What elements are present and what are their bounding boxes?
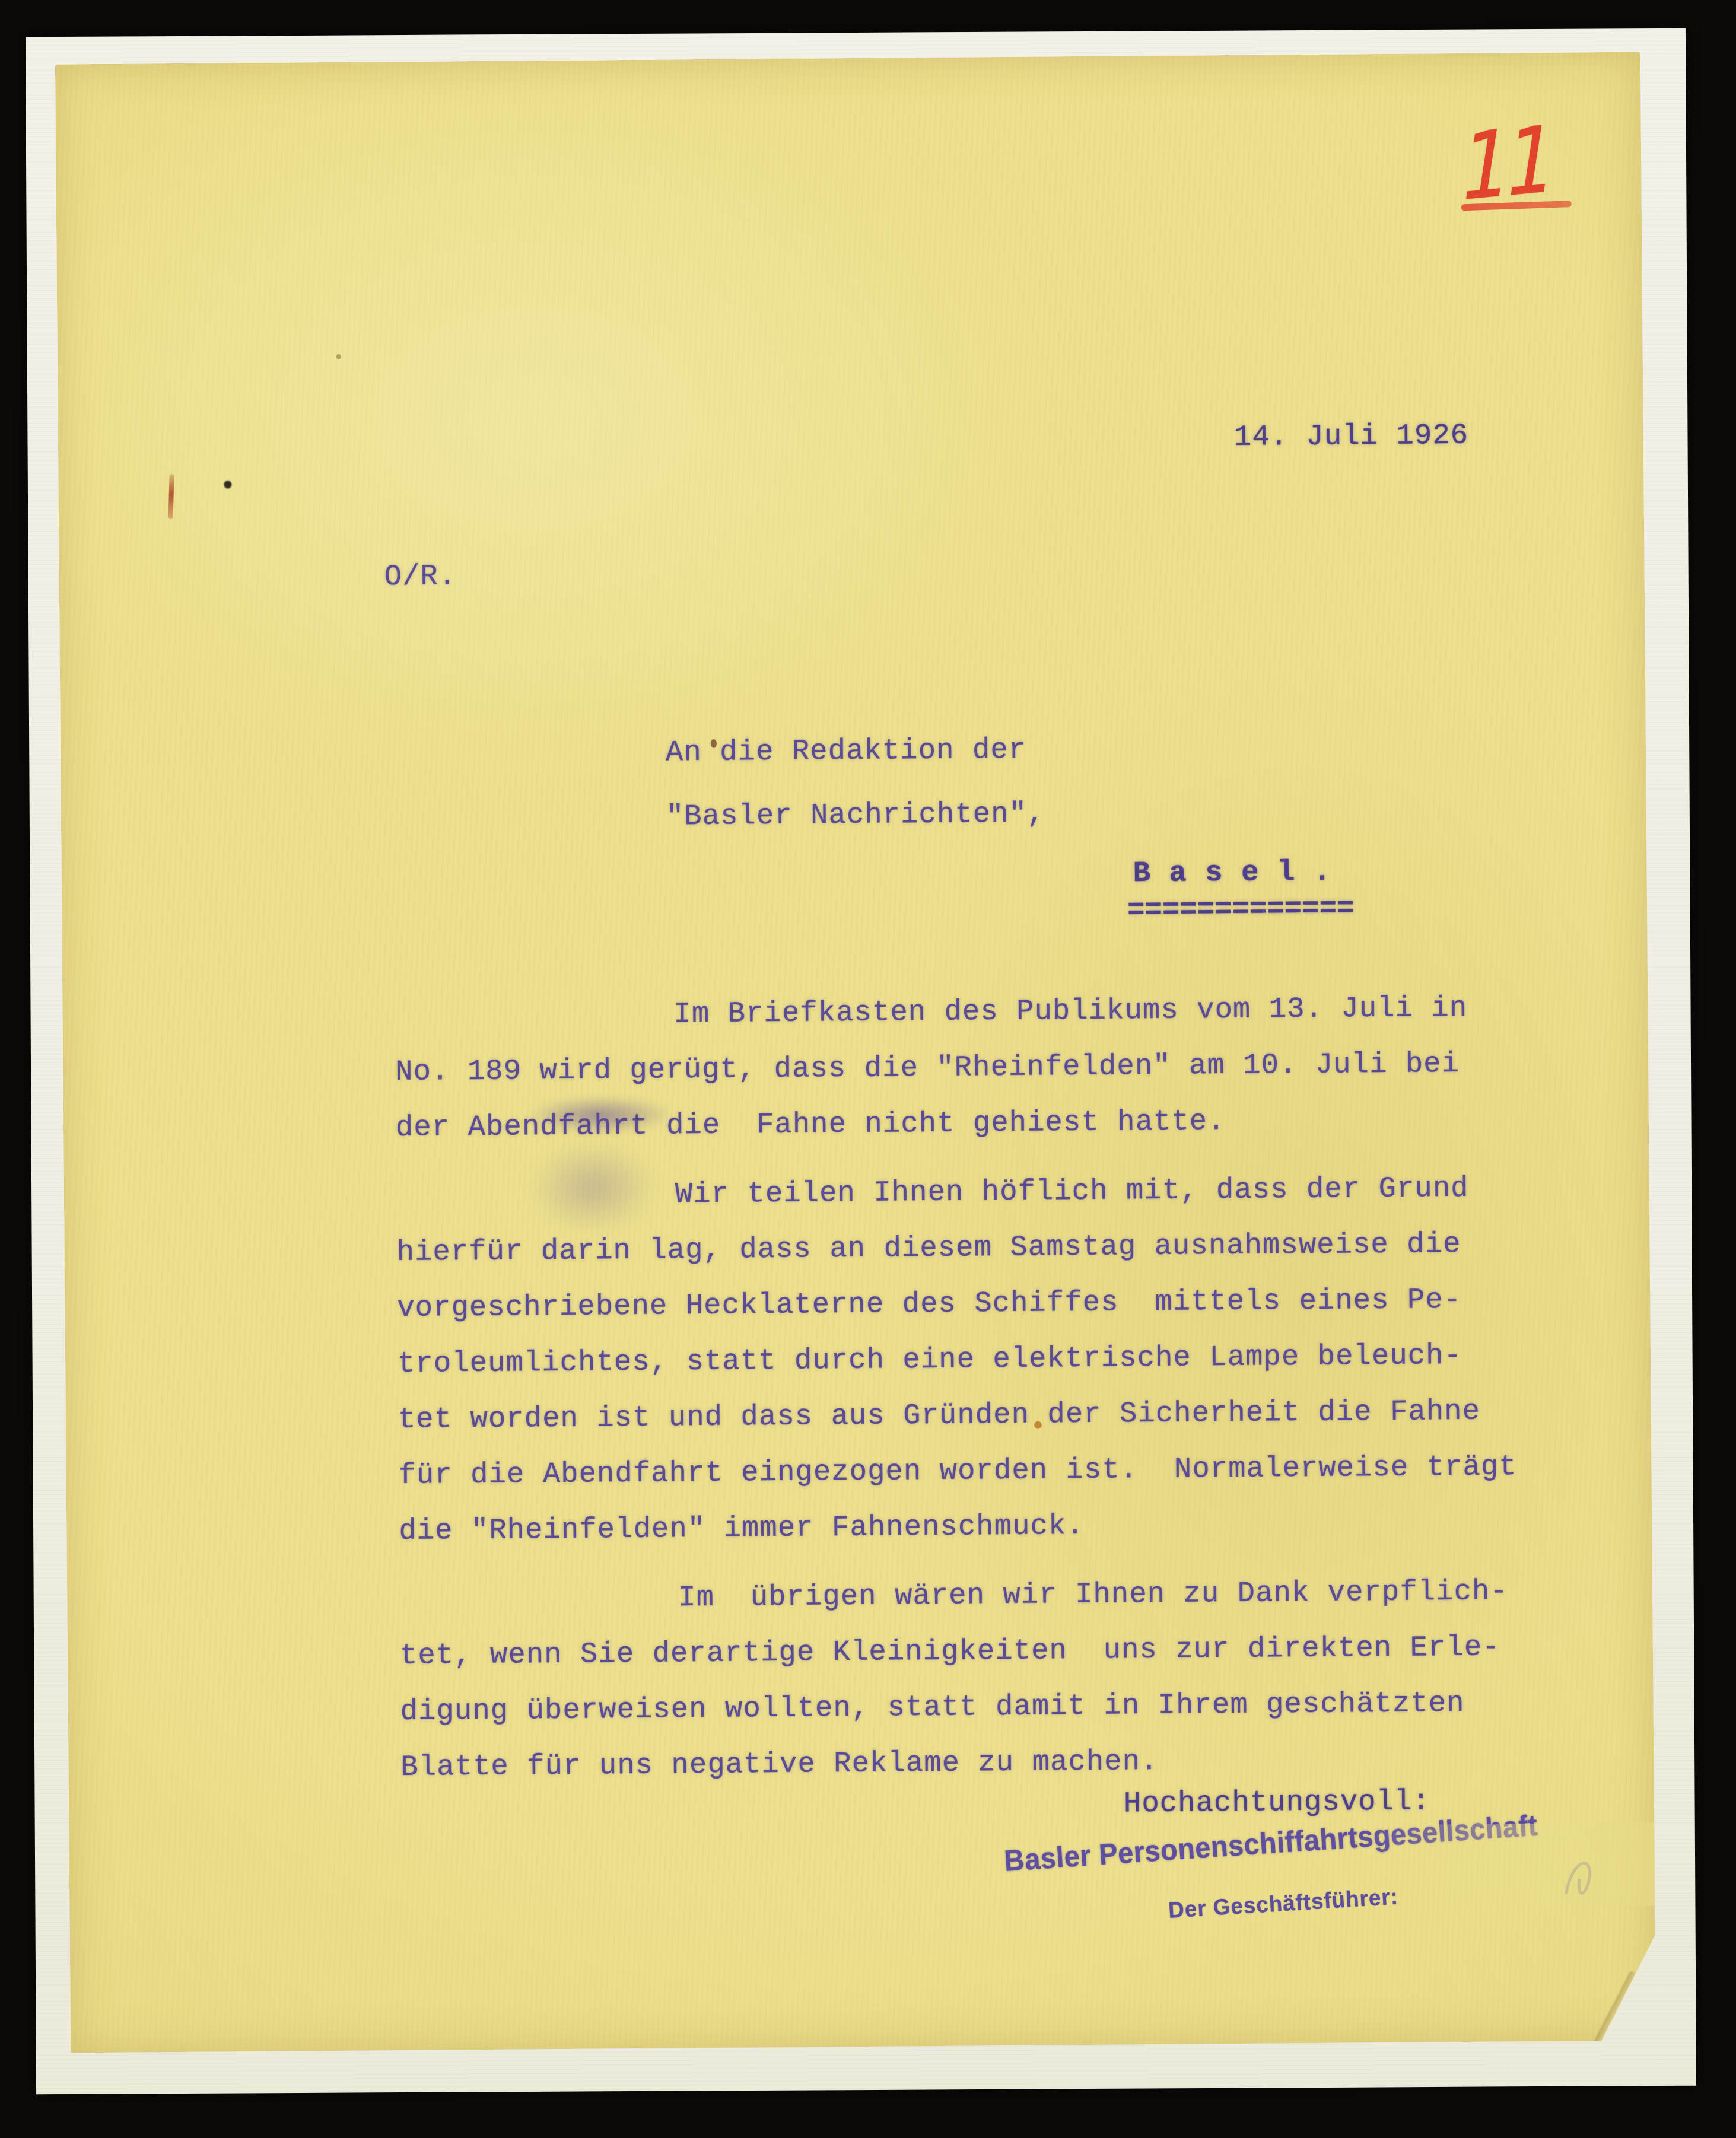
ink-dot	[223, 479, 232, 489]
letter-paper: 11 14. Juli 1926 O/R. An die Redaktion d…	[55, 52, 1656, 2053]
body-line: tet worden ist und dass aus Gründen der …	[398, 1383, 1573, 1448]
body-line: No. 189 wird gerügt, dass die "Rheinfeld…	[395, 1035, 1570, 1100]
closing-salutation: Hochachtungsvoll:	[1124, 1784, 1430, 1820]
red-streak-mark	[168, 474, 174, 519]
body-line: digung überweisen wollten, statt damit i…	[400, 1675, 1575, 1740]
body-line: Im Briefkasten des Publikums vom 13. Jul…	[395, 979, 1570, 1045]
paper-speck	[711, 739, 717, 748]
body-line: Im übrigen wären wir Ihnen zu Dank verpf…	[399, 1563, 1575, 1628]
paragraph: Im übrigen wären wir Ihnen zu Dank verpf…	[399, 1563, 1576, 1796]
scan-background: 11 14. Juli 1926 O/R. An die Redaktion d…	[0, 0, 1736, 2138]
signer-stamp: Der Geschäftsführer:	[1168, 1885, 1399, 1924]
paper-speck	[336, 354, 341, 359]
body-line: die "Rheinfelden" immer Fahnenschmuck.	[399, 1494, 1574, 1560]
paper-speck	[1034, 1421, 1042, 1429]
typed-date: 14. Juli 1926	[1234, 419, 1469, 454]
stamp-flourish-icon	[1554, 1846, 1614, 1905]
file-reference: O/R.	[384, 559, 456, 593]
recipient-line-1: An die Redaktion der	[666, 733, 1027, 769]
body-line: für die Abendfahrt eingezogen worden ist…	[398, 1439, 1573, 1504]
body-line: tet, wenn Sie derartige Kleinigkeiten un…	[400, 1619, 1575, 1684]
recipient-line-2: "Basler Nachrichten",	[666, 797, 1045, 833]
body-line: troleumlichtes, statt durch eine elektri…	[398, 1327, 1573, 1392]
archival-page-number: 11	[1452, 101, 1599, 232]
city-line: B a s e l .	[1133, 855, 1331, 890]
body-line: vorgeschriebene Hecklaterne des Schiffes…	[397, 1271, 1572, 1337]
city-underline: =============	[1127, 892, 1355, 927]
